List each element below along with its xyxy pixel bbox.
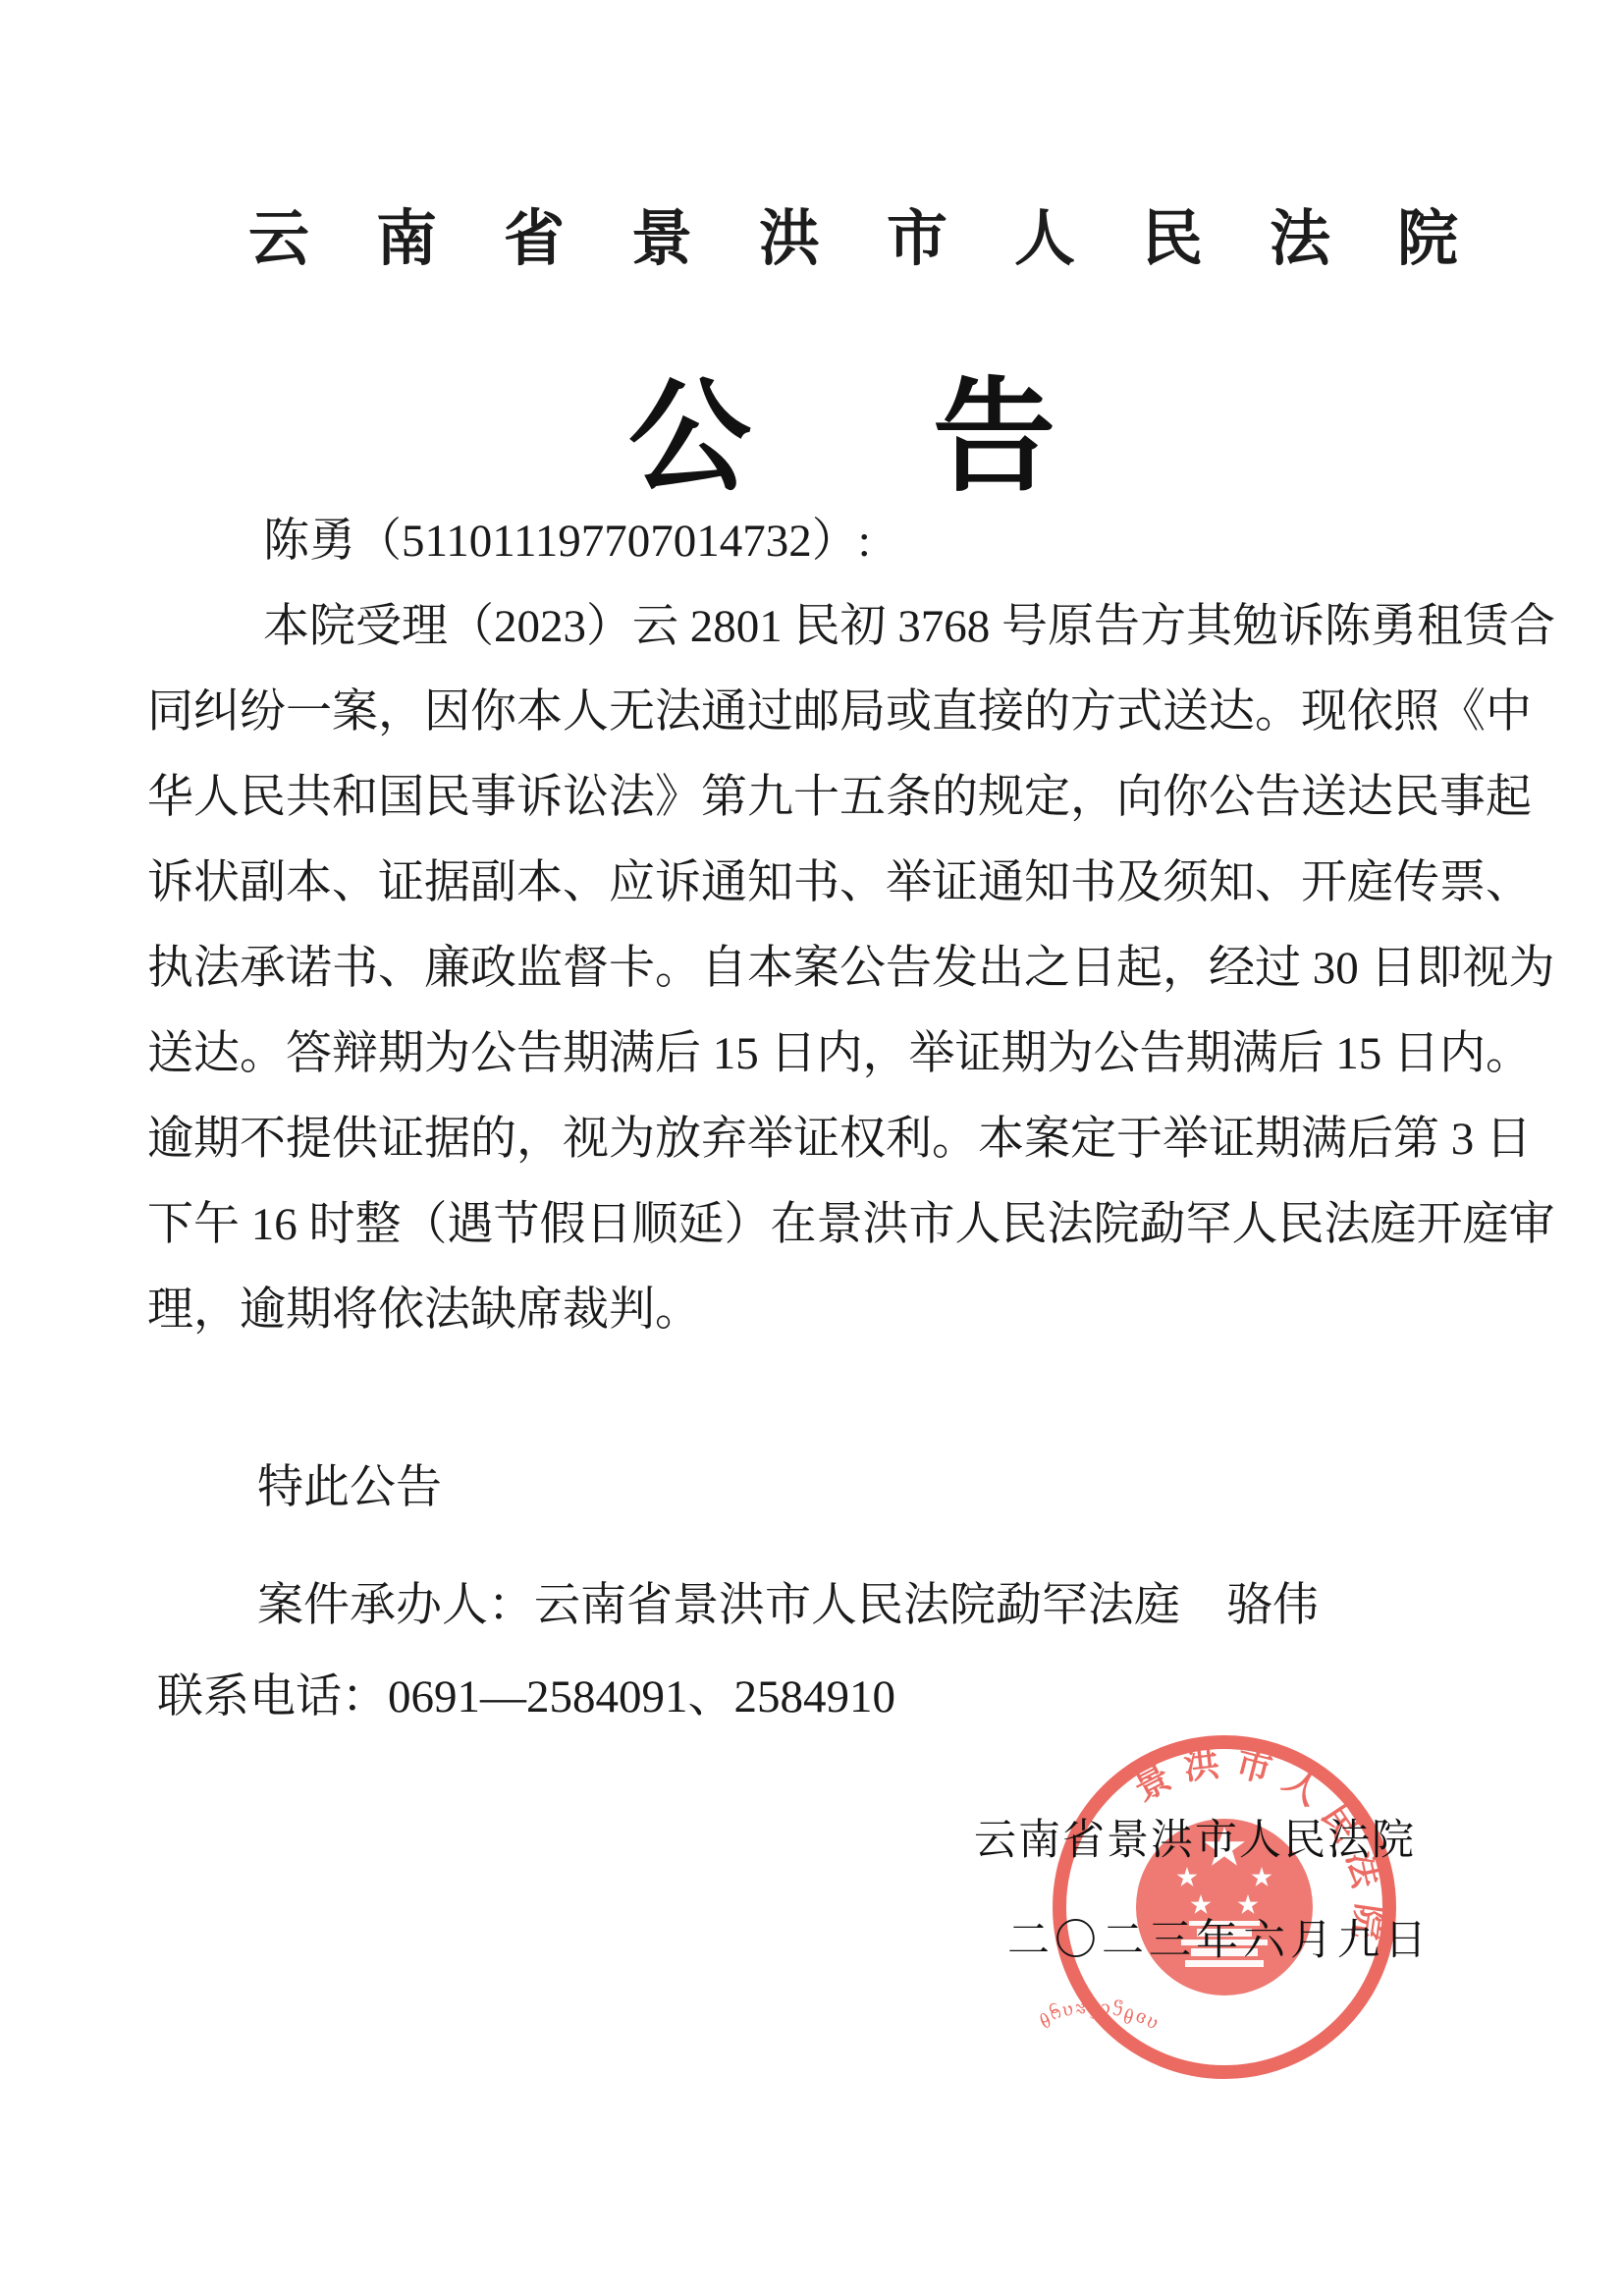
court-name-heading: 云南省景洪市人民法院: [248, 190, 1525, 277]
signature-date: 二〇二三年六月九日: [1007, 1907, 1432, 1967]
salutation-line: 陈勇（511011197707014732）:: [263, 519, 871, 565]
page-title: 公告: [628, 338, 1237, 515]
seal-ring-text-dai: ᦵᦈᦲᧃᦷᦑᦰᦵᦙᦲᧂᦶᦋᧂᦣᦳᧂᦺᦑ: [1038, 1947, 1162, 2094]
contact-phone-line: 联系电话：0691—2584091、2584910: [157, 1674, 895, 1721]
case-handler-line: 案件承办人：云南省景洪市人民法院勐罕法庭 骆伟: [257, 1583, 1319, 1629]
body-line: 送达。答辩期为公告期满后 15 日内，举证期为公告期满后 15 日内。: [147, 1031, 1532, 1077]
body-line: 逾期不提供证据的，视为放弃举证权利。本案定于举证期满后第 3 日: [147, 1117, 1532, 1163]
body-line: 执法承诺书、廉政监督卡。自本案公告发出之日起，经过 30 日即视为: [147, 946, 1555, 992]
body-line: 本院受理（2023）云 2801 民初 3768 号原告方其勉诉陈勇租赁合: [263, 604, 1555, 650]
body-line: 同纠纷一案，因你本人无法通过邮局或直接的方式送达。现依照《中: [147, 689, 1532, 736]
body-line: 理，逾期将依法缺席裁判。: [147, 1287, 701, 1334]
signature-court-name: 云南省景洪市人民法院: [974, 1807, 1416, 1867]
closing-phrase: 特此公告: [257, 1465, 442, 1511]
svg-text:ᦵᦈᦲᧃᦷᦑᦰᦵᦙᦲᧂᦶᦋᧂᦣᦳᧂᦺᦑ: ᦵᦈᦲᧃᦷᦑᦰᦵᦙᦲᧂᦶᦋᧂᦣᦳᧂᦺᦑ: [1038, 1947, 1162, 2094]
body-line: 下午 16 时整（遇节假日顺延）在景洪市人民法院勐罕人民法庭开庭审: [147, 1202, 1555, 1248]
body-line: 诉状副本、证据副本、应诉通知书、举证通知书及须知、开庭传票、: [147, 860, 1532, 906]
body-line: 华人民共和国民事诉讼法》第九十五条的规定，向你公告送达民事起: [147, 775, 1532, 821]
announcement-document: 云南省景洪市人民法院 公告 陈勇（511011197707014732）: 本院…: [0, 0, 1623, 2296]
